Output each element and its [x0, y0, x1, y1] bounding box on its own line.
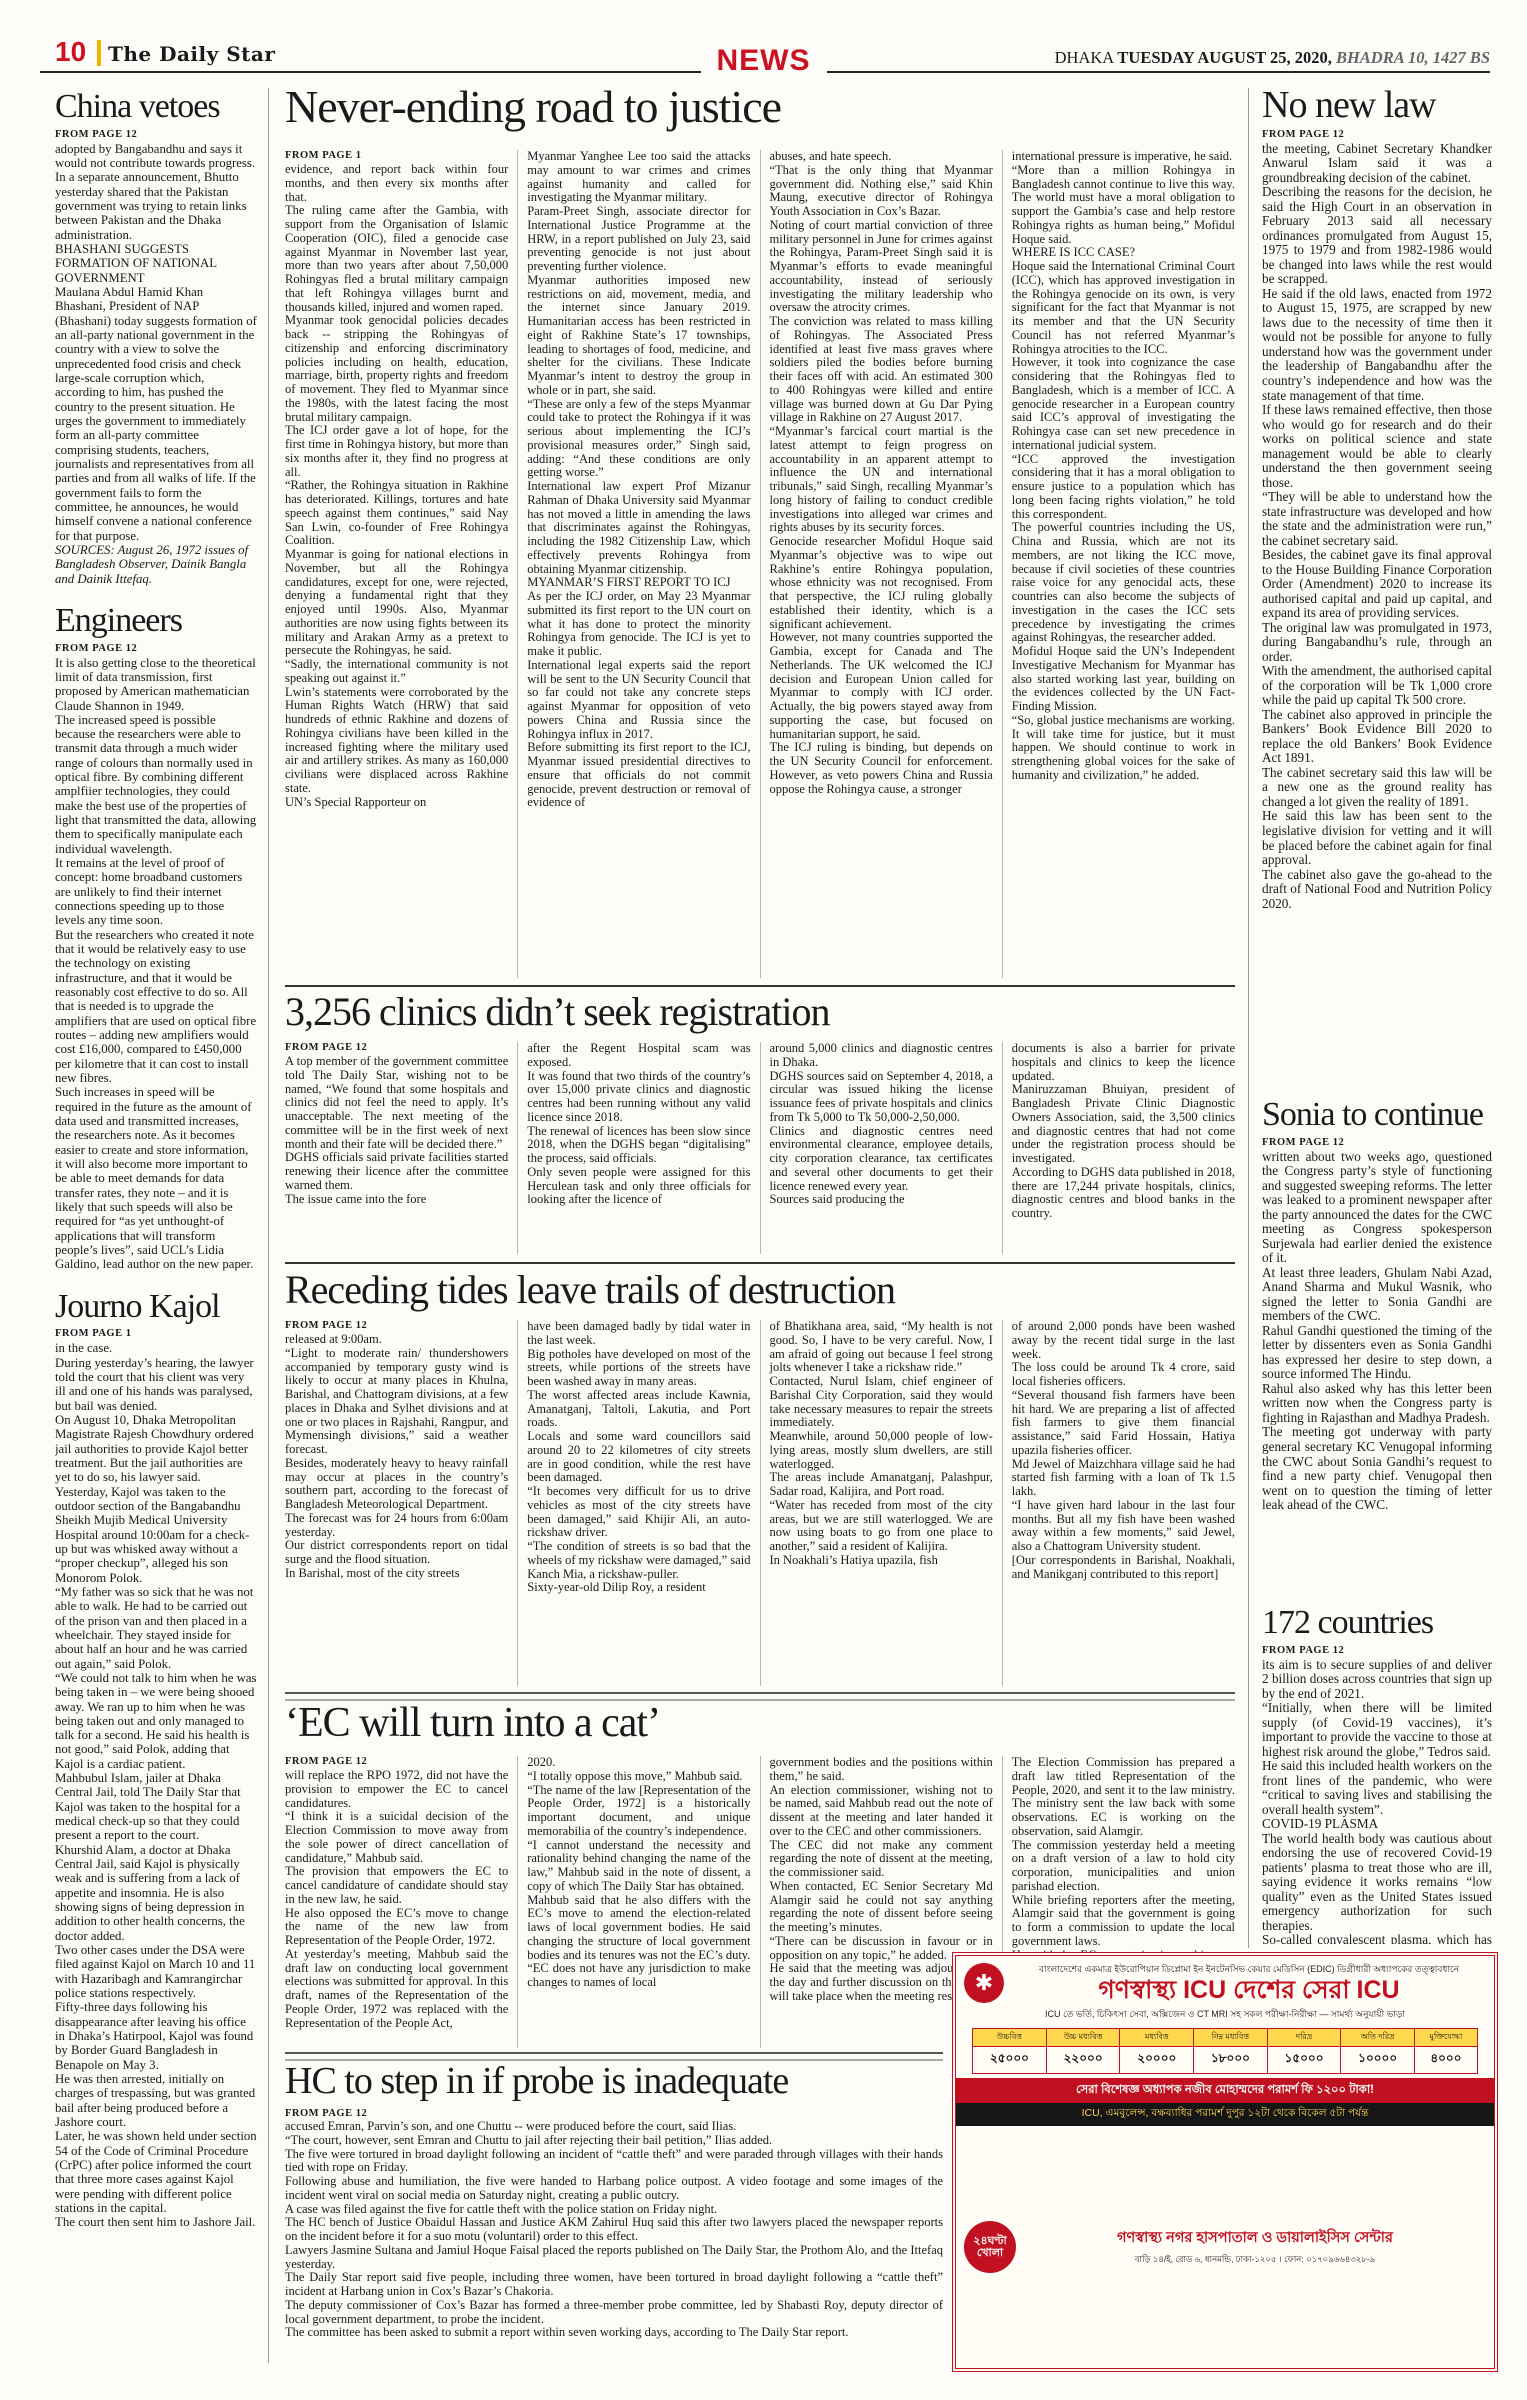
- engineers-body: It is also getting close to the theoreti…: [55, 656, 257, 1272]
- fee-header-cell: নিম্ন মধ্যবিত্ত: [1194, 2029, 1268, 2047]
- ec-col-1: FROM PAGE 12 will replace the RPO 1972, …: [285, 1756, 517, 2048]
- clinics-headline: 3,256 clinics didn’t seek registration: [285, 992, 1235, 1033]
- clinics-frompage: FROM PAGE 12: [285, 1042, 508, 1053]
- section-rule-2: [285, 1262, 1235, 1264]
- article-no-new-law: No new law FROM PAGE 12 the meeting, Cab…: [1262, 84, 1492, 1096]
- clinics-col-1: FROM PAGE 12 A top member of the governm…: [285, 1042, 517, 1254]
- fee-header-cell: মধ্যবিত্ত: [1120, 2029, 1194, 2047]
- never-ending-headline: Never-ending road to justice: [285, 84, 1025, 131]
- article-china-vetoes: China vetoes FROM PAGE 12 adopted by Ban…: [55, 90, 257, 586]
- ad-fee-header-row: উচ্চবিত্ত উচ্চ মধ্যবিত্ত মধ্যবিত্ত নিম্ন…: [973, 2029, 1478, 2047]
- fee-header-cell: অতি দরিদ্র: [1341, 2029, 1415, 2047]
- never-ending-col3-text: abuses, and hate speech. “That is the on…: [760, 150, 1002, 978]
- right-column: No new law FROM PAGE 12 the meeting, Cab…: [1262, 84, 1492, 1952]
- countries-headline: 172 countries: [1262, 1606, 1492, 1641]
- ec-col1-text: will replace the RPO 1972, did not have …: [285, 1769, 508, 2030]
- sonia-body: written about two weeks ago, questioned …: [1262, 1150, 1492, 1513]
- dateline-date: TUESDAY AUGUST 25, 2020,: [1117, 48, 1331, 67]
- never-ending-col2-text: Myanmar Yanghee Lee too said the attacks…: [517, 150, 759, 978]
- right-column-divider: [1248, 88, 1249, 1948]
- no-new-law-frompage: FROM PAGE 12: [1262, 129, 1492, 140]
- fee-header-cell: দরিদ্র: [1267, 2029, 1341, 2047]
- ec-frompage: FROM PAGE 12: [285, 1756, 508, 1767]
- badge-open: খোলা: [977, 2247, 1003, 2259]
- ec-col2-text: 2020. “I totally oppose this move,” Mahb…: [517, 1756, 759, 2048]
- badge-hours: ২৪ঘণ্টা: [973, 2235, 1006, 2247]
- clinics-article: FROM PAGE 12 A top member of the governm…: [285, 1042, 1235, 1254]
- never-ending-col1-text: evidence, and report back within four mo…: [285, 163, 508, 809]
- ad-headline-wrap: বাংলাদেশের একমাত্র ইউরোপিয়ান ডিপ্লোমা ই…: [1012, 1962, 1486, 2003]
- ad-main-headline: গণস্বাস্থ্য ICU দেশের সেরা ICU: [1012, 1977, 1486, 2003]
- icu-advertisement: ✱ বাংলাদেশের একমাত্র ইউরোপিয়ান ডিপ্লোমা…: [952, 1952, 1498, 2372]
- fee-header-cell: উচ্চ মধ্যবিত্ত: [1046, 2029, 1120, 2047]
- tides-col1-text: released at 9:00am. “Light to moderate r…: [285, 1333, 508, 1581]
- article-sonia: Sonia to continue FROM PAGE 12 written a…: [1262, 1096, 1492, 1604]
- masthead-logo: The Daily Star: [108, 42, 275, 66]
- ad-fee-value-row: ২৫০০০ ২২০০০ ২০০০০ ১৮০০০ ১৫০০০ ১০০০০ ৪০০০: [973, 2047, 1478, 2074]
- hospital-name: গণস্বাস্থ্য নগর হাসপাতাল ও ডায়ালাইসিস স…: [1024, 2227, 1486, 2251]
- ad-footer: ২৪ঘণ্টা খোলা গণস্বাস্থ্য নগর হাসপাতাল ও …: [956, 2126, 1494, 2368]
- sonia-frompage: FROM PAGE 12: [1262, 1137, 1492, 1148]
- no-new-law-body: the meeting, Cabinet Secretary Khandker …: [1262, 142, 1492, 911]
- china-vetoes-sources: SOURCES: August 26, 1972 issues of Bangl…: [55, 543, 257, 586]
- journo-kajol-frompage: FROM PAGE 1: [55, 1328, 257, 1339]
- never-ending-col-1: FROM PAGE 1 evidence, and report back wi…: [285, 150, 517, 978]
- tides-col4-text: of around 2,000 ponds have been washed a…: [1002, 1320, 1235, 1686]
- tides-article: FROM PAGE 12 released at 9:00am. “Light …: [285, 1320, 1235, 1686]
- ad-consult-fee-strip: সেরা বিশেষজ্ঞ অধ্যাপক নজীব মোহাম্মদের পর…: [956, 2078, 1494, 2103]
- clinics-col4-text: documents is also a barrier for private …: [1002, 1042, 1235, 1254]
- left-column: China vetoes FROM PAGE 12 adopted by Ban…: [55, 84, 257, 2369]
- china-vetoes-body: adopted by Bangabandhu and says it would…: [55, 142, 257, 543]
- masthead-divider-bar: [97, 40, 101, 66]
- china-vetoes-headline: China vetoes: [55, 90, 257, 125]
- engineers-headline: Engineers: [55, 604, 257, 639]
- hc-frompage: FROM PAGE 12: [285, 2108, 367, 2119]
- dateline-bangla-date: BHADRA 10, 1427 BS: [1336, 48, 1490, 67]
- fee-header-cell: উচ্চবিত্ত: [973, 2029, 1047, 2047]
- page-number: 10: [55, 36, 86, 68]
- hc-body: accused Emran, Parvin’s son, and one Chu…: [285, 2120, 943, 2362]
- journo-kajol-body: in the case. During yesterday’s hearing,…: [55, 1341, 257, 2229]
- ad-credential-line: বাংলাদেশের একমাত্র ইউরোপিয়ান ডিপ্লোমা ই…: [1012, 1962, 1486, 1977]
- ec-headline: ‘EC will turn into a cat’: [285, 1702, 1235, 1745]
- clinics-col3-text: around 5,000 clinics and diagnostic cent…: [760, 1042, 1002, 1254]
- article-172-countries: 172 countries FROM PAGE 12 its aim is to…: [1262, 1604, 1492, 1944]
- tides-headline: Receding tides leave trails of destructi…: [285, 1270, 1235, 1311]
- tides-col-1: FROM PAGE 12 released at 9:00am. “Light …: [285, 1320, 517, 1686]
- engineers-frompage: FROM PAGE 12: [55, 643, 257, 654]
- fee-value-cell: ২৫০০০: [973, 2047, 1047, 2074]
- ad-hospital-info: গণস্বাস্থ্য নগর হাসপাতাল ও ডায়ালাইসিস স…: [1024, 2227, 1486, 2267]
- ad-services-strip: ICU, এমবুলেন্স, বক্ষব্যাধির পরামর্শ দুপু…: [956, 2103, 1494, 2126]
- fee-value-cell: ২০০০০: [1120, 2047, 1194, 2074]
- never-ending-article: FROM PAGE 1 evidence, and report back wi…: [285, 150, 1235, 978]
- dateline: DHAKA TUESDAY AUGUST 25, 2020, BHADRA 10…: [1055, 48, 1490, 68]
- tides-frompage: FROM PAGE 12: [285, 1320, 508, 1331]
- newspaper-page: 10 The Daily Star NEWS DHAKA TUESDAY AUG…: [0, 0, 1527, 2400]
- no-new-law-headline: No new law: [1262, 86, 1492, 125]
- article-journo-kajol: Journo Kajol FROM PAGE 1 in the case. Du…: [55, 1290, 257, 2230]
- fee-header-cell: মুক্তিযোদ্ধা: [1414, 2029, 1477, 2047]
- tides-col3-text: of Bhatikhana area, said, “My health is …: [760, 1320, 1002, 1686]
- never-ending-frompage: FROM PAGE 1: [285, 150, 508, 161]
- section-title: NEWS: [701, 44, 827, 78]
- fee-value-cell: ২২০০০: [1046, 2047, 1120, 2074]
- hospital-logo-icon: ✱: [964, 1963, 1004, 2003]
- sonia-headline: Sonia to continue: [1262, 1098, 1492, 1133]
- never-ending-col4-text: international pressure is imperative, he…: [1002, 150, 1235, 978]
- fee-value-cell: ১৮০০০: [1194, 2047, 1268, 2074]
- journo-kajol-headline: Journo Kajol: [55, 1290, 257, 1325]
- ad-fee-table: উচ্চবিত্ত উচ্চ মধ্যবিত্ত মধ্যবিত্ত নিম্ন…: [972, 2028, 1478, 2074]
- fee-value-cell: ১০০০০: [1341, 2047, 1415, 2074]
- hospital-address: বাড়ি ১৪/ই, রোড ৬, ধানমন্ডি, ঢাকা-১২০৫ ।…: [1024, 2253, 1486, 2267]
- china-vetoes-frompage: FROM PAGE 12: [55, 129, 257, 140]
- clinics-col2-text: after the Regent Hospital scam was expos…: [517, 1042, 759, 1254]
- article-engineers: Engineers FROM PAGE 12 It is also gettin…: [55, 604, 257, 1272]
- left-column-divider: [268, 88, 269, 2363]
- clinics-col1-text: A top member of the government committee…: [285, 1055, 508, 1206]
- ad-header: ✱ বাংলাদেশের একমাত্র ইউরোপিয়ান ডিপ্লোমা…: [956, 1956, 1494, 2005]
- countries-body: its aim is to secure supplies of and del…: [1262, 1658, 1492, 1944]
- fee-value-cell: ১৫০০০: [1267, 2047, 1341, 2074]
- ad-subline: ICU তে ভর্তি, চিকিৎসা সেবা, অক্সিজেন ও C…: [956, 2005, 1494, 2024]
- open-24h-badge: ২৪ঘণ্টা খোলা: [964, 2221, 1016, 2273]
- section-rule-1: [285, 985, 1235, 987]
- dateline-city: DHAKA: [1055, 48, 1114, 67]
- hc-headline: HC to step in if probe is inadequate: [285, 2062, 985, 2101]
- fee-value-cell: ৪০০০: [1414, 2047, 1477, 2074]
- tides-col2-text: have been damaged badly by tidal water i…: [517, 1320, 759, 1686]
- countries-frompage: FROM PAGE 12: [1262, 1645, 1492, 1656]
